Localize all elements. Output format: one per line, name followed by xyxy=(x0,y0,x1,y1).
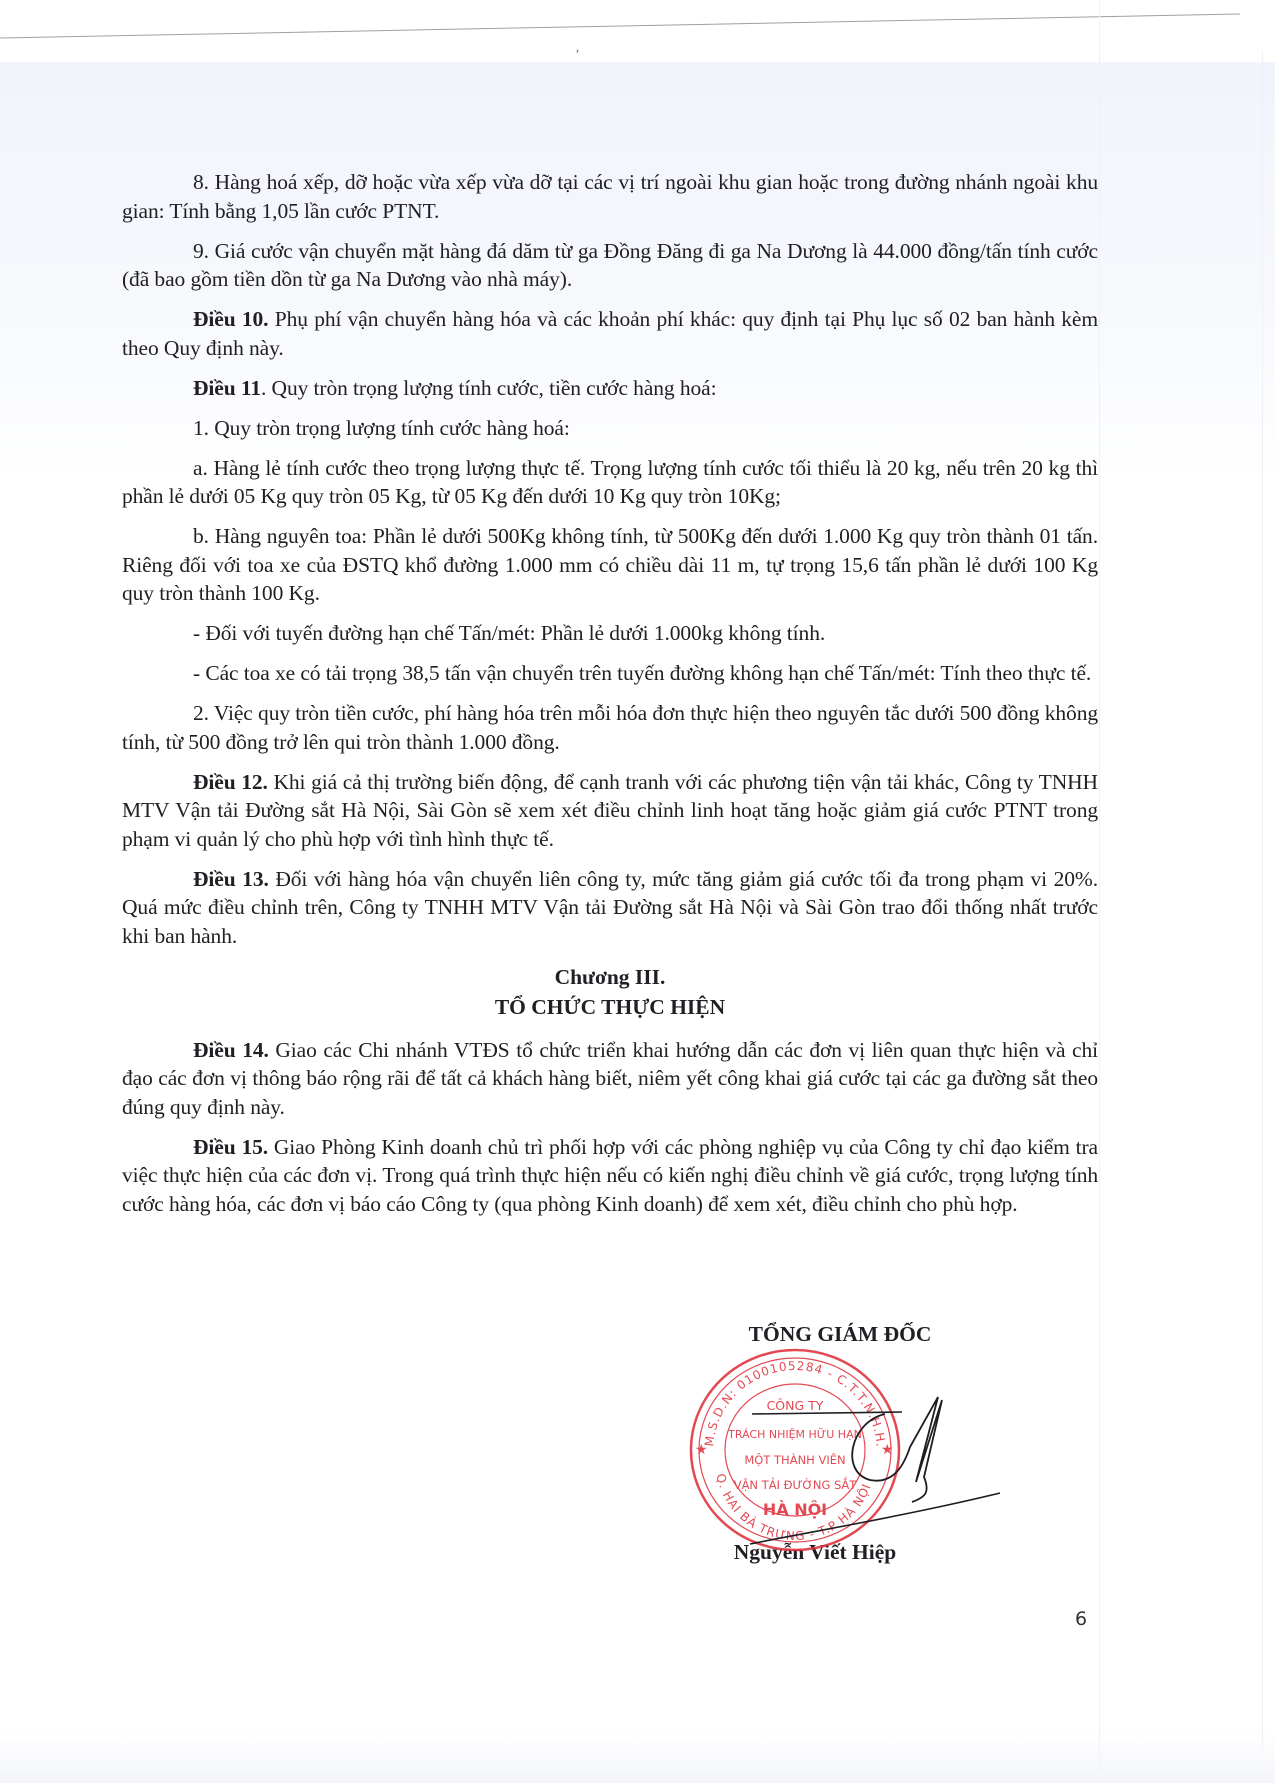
article-label: Điều 12. xyxy=(193,770,268,794)
article-10: Điều 10. Phụ phí vận chuyển hàng hóa và … xyxy=(122,305,1098,362)
article-11-item-2: 2. Việc quy tròn tiền cước, phí hàng hóa… xyxy=(122,699,1098,756)
article-label: Điều 14. xyxy=(193,1038,269,1062)
article-label: Điều 15. xyxy=(193,1135,268,1159)
scan-artifact-mark: , xyxy=(576,40,579,55)
article-13: Điều 13. Đối với hàng hóa vận chuyển liê… xyxy=(122,865,1098,951)
scan-page-edge xyxy=(0,10,1275,50)
signature-block: TỔNG GIÁM ĐỐC M.S.D.N: 0100105284 - C.T.… xyxy=(660,1322,980,1602)
chapter-title: TỔ CHỨC THỰC HIỆN xyxy=(122,992,1098,1022)
page-number: 6 xyxy=(1075,1608,1087,1630)
article-11-item-1a: a. Hàng lẻ tính cước theo trọng lượng th… xyxy=(122,454,1098,511)
article-12: Điều 12. Khi giá cả thị trường biến động… xyxy=(122,768,1098,854)
document-body: 8. Hàng hoá xếp, dỡ hoặc vừa xếp vừa dỡ … xyxy=(122,168,1098,1230)
scan-fold-line xyxy=(1099,0,1100,1783)
article-11-item-1b: b. Hàng nguyên toa: Phần lẻ dưới 500Kg k… xyxy=(122,522,1098,608)
handwritten-signature-icon xyxy=(680,1352,1000,1552)
clause-9: 9. Giá cước vận chuyển mặt hàng đá dăm t… xyxy=(122,237,1098,294)
article-label: Điều 11 xyxy=(193,376,261,400)
article-label: Điều 10. xyxy=(193,307,268,331)
article-15: Điều 15. Giao Phòng Kinh doanh chủ trì p… xyxy=(122,1133,1098,1219)
article-11-dash-2: - Các toa xe có tải trọng 38,5 tấn vận c… xyxy=(122,659,1098,688)
clause-8: 8. Hàng hoá xếp, dỡ hoặc vừa xếp vừa dỡ … xyxy=(122,168,1098,225)
scan-bottom-tint xyxy=(0,1730,1275,1783)
chapter-number: Chương III. xyxy=(122,962,1098,992)
signatory-title: TỔNG GIÁM ĐỐC xyxy=(720,1322,960,1347)
article-label: Điều 13. xyxy=(193,867,269,891)
scan-right-edge xyxy=(1262,50,1263,1750)
article-11-dash-1: - Đối với tuyến đường hạn chế Tấn/mét: P… xyxy=(122,619,1098,648)
article-11: Điều 11. Quy tròn trọng lượng tính cước,… xyxy=(122,374,1098,403)
article-14: Điều 14. Giao các Chi nhánh VTĐS tổ chức… xyxy=(122,1036,1098,1122)
article-11-item-1: 1. Quy tròn trọng lượng tính cước hàng h… xyxy=(122,414,1098,443)
